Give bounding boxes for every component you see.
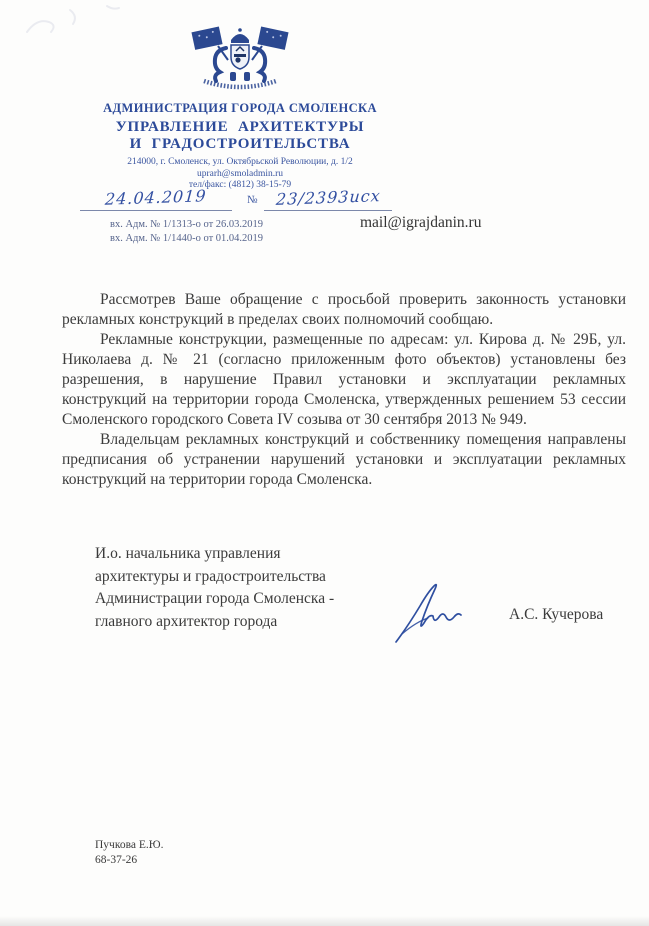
outgoing-date-field: 24.04.2019 — [80, 188, 232, 211]
number-sign: № — [247, 194, 258, 206]
body-paragraph-3: Владельцам рекламных конструкций и собст… — [62, 430, 626, 490]
incoming-ref-1: вх. Адм. № 1/1313-о от 26.03.2019 — [110, 218, 263, 232]
incoming-ref-2: вх. Адм. № 1/1440-о от 01.04.2019 — [110, 232, 263, 246]
signer-position-line-2: архитектуры и градостроительства — [95, 566, 334, 589]
letter-body: Рассмотрев Ваше обращение с просьбой про… — [62, 290, 626, 490]
body-paragraph-2: Рекламные конструкции, размещенные по ад… — [62, 330, 626, 430]
handwritten-number: 23/2393исх — [275, 186, 381, 209]
executor-block: Пучкова Е.Ю. 68-37-26 — [95, 838, 163, 867]
outgoing-number-field: 23/2393исх — [264, 188, 392, 211]
incoming-references: вх. Адм. № 1/1313-о от 26.03.2019 вх. Ад… — [110, 218, 263, 245]
recipient-email: mail@igrajdanin.ru — [360, 214, 481, 232]
handwritten-date: 24.04.2019 — [105, 186, 208, 209]
smolensk-coat-of-arms-emblem — [184, 24, 296, 94]
executor-phone: 68-37-26 — [95, 853, 163, 868]
scan-edge-shadow — [0, 916, 649, 926]
org-email: uprarh@smoladmin.ru — [60, 169, 420, 181]
executor-name: Пучкова Е.Ю. — [95, 838, 163, 853]
department-name-line1: УПРАВЛЕНИЕ АРХИТЕКТУРЫ — [60, 119, 420, 136]
postal-address: 214000, г. Смоленск, ул. Октябрьской Рев… — [60, 157, 420, 169]
body-paragraph-1: Рассмотрев Ваше обращение с просьбой про… — [62, 290, 626, 330]
handwritten-signature — [388, 578, 488, 648]
signer-position-line-3: Администрации города Смоленска - — [95, 588, 334, 611]
signer-position-line-4: главного архитектор города — [95, 611, 334, 634]
signer-position-block: И.о. начальника управления архитектуры и… — [95, 543, 334, 633]
department-name-line2: И ГРАДОСТРОИТЕЛЬСТВА — [60, 136, 420, 153]
letterhead: АДМИНИСТРАЦИЯ ГОРОДА СМОЛЕНСКА УПРАВЛЕНИ… — [60, 24, 420, 192]
organization-name: АДМИНИСТРАЦИЯ ГОРОДА СМОЛЕНСКА — [60, 101, 420, 116]
outgoing-reference-row: 24.04.2019 № 23/2393исх — [0, 188, 649, 214]
scanned-letter-page: АДМИНИСТРАЦИЯ ГОРОДА СМОЛЕНСКА УПРАВЛЕНИ… — [0, 0, 649, 926]
signer-name: А.С. Кучерова — [509, 606, 603, 624]
signer-position-line-1: И.о. начальника управления — [95, 543, 334, 566]
